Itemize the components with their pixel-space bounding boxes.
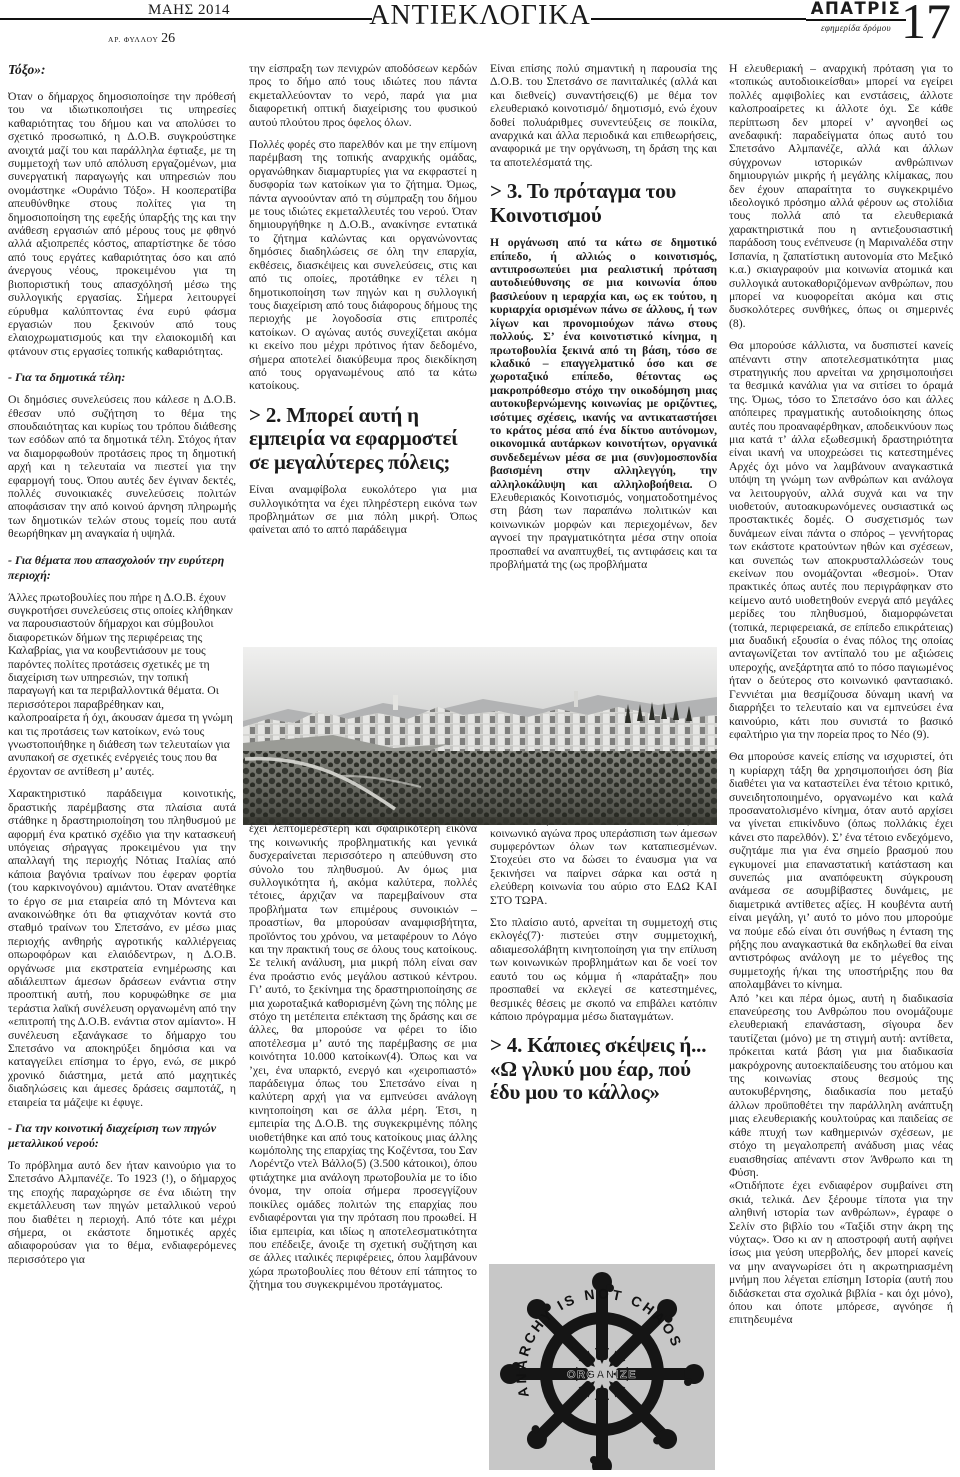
header-rule-right: [591, 18, 806, 20]
paragraph: Πολλές φορές στο παρελθόν και με την επί…: [249, 138, 477, 393]
paragraph: «Οτιδήποτε έχει ενδιαφέρον συμβαίνει στη…: [729, 1179, 953, 1326]
paper-name: ΑΠΑΤΡΙΣ: [806, 1, 906, 17]
paragraph: Όταν ο δήμαρχος δημοσιοποίησε την πρόθεσ…: [8, 90, 236, 358]
paragraph: Οι δημόσιες συνελεύσεις που κάλεσε η Δ.Ο…: [8, 393, 236, 540]
page-header: ΜΑΗΣ 2014 ΑΝΤΙΕΚΛΟΓΙΚΑ ΑΡ. ΦΥΛΛΟΥ 26 ΑΠΑ…: [0, 0, 960, 62]
paragraph: Θα μπορούσε κανείς επίσης να ισχυριστεί,…: [729, 750, 953, 991]
article-column-4: Η ελευθεριακή – αναρχική πρόταση για το …: [729, 62, 953, 1472]
paper-logo-underline: [806, 19, 906, 21]
leadin-heading: Τόξο»:: [8, 62, 236, 78]
section-title: ΑΝΤΙΕΚΛΟΓΙΚΑ: [362, 0, 598, 32]
issue-number-label: ΑΡ. ΦΥΛΛΟΥ: [108, 35, 158, 44]
newspaper-page: { "colors": {"ink": "#1b1b1b", "paper": …: [0, 0, 960, 1477]
section-heading-4: > 4. Κάποιες σκέψεις ή... «Ω γλυκύ μου έ…: [490, 1034, 717, 1105]
issue-date: ΜΑΗΣ 2014: [148, 2, 230, 19]
subheading-regional-issues: - Για θέματα που απασχολούν την ευρύτερη…: [8, 553, 236, 583]
village-panorama-photo: [243, 647, 717, 825]
paragraph: Στο πλαίσιο αυτό, αρνείται τη συμμετοχή …: [490, 916, 717, 1023]
section-heading-2: > 2. Μπορεί αυτή η εμπειρία να εφαρμοστε…: [249, 404, 477, 475]
anarchy-wheel-logo: ANARCHY IS NOT CHAOS ORGANIZE: [489, 1264, 715, 1470]
paper-tagline: εφημερίδα δρόμου: [806, 23, 906, 33]
paragraph: την είσπραξη των πενιχρών αποδόσεων κερδ…: [249, 62, 477, 129]
apatris-logo: ΑΠΑΤΡΙΣ εφημερίδα δρόμου: [806, 1, 906, 33]
paragraph-continuation: Ο Ελευθεριακός Κοινοτισμός, νοηματοδοτημ…: [490, 478, 717, 571]
subheading-mineral-water: - Για την κοινοτική διαχείριση των πηγών…: [8, 1121, 236, 1151]
paragraph: Το πρόβλημα αυτό δεν ήταν καινούριο για …: [8, 1159, 236, 1266]
paragraph: Η οργάνωση από τα κάτω σε δημοτικό επίπε…: [490, 236, 717, 571]
issue-number: ΑΡ. ΦΥΛΛΟΥ 26: [108, 31, 175, 47]
paragraph: Θα μπορούσε κάλλιστα, να δυσπιστεί κανεί…: [729, 339, 953, 741]
paragraph: Είναι αναμφίβολα ευκολότερο για μια συλλ…: [249, 483, 477, 537]
paragraph: Από ’κει και πέρα όμως, αυτή η διαδικασί…: [729, 992, 953, 1180]
paragraph: Είναι επίσης πολύ σημαντική η παρουσία τ…: [490, 62, 717, 169]
section-heading-3: > 3. Το πρόταγμα του Κοινοτισμού: [490, 180, 717, 227]
article-column-1: Τόξο»: Όταν ο δήμαρχος δημοσιοποίησε την…: [8, 62, 236, 1472]
bold-lead-text: Η οργάνωση από τα κάτω σε δημοτικό επίπε…: [490, 236, 717, 490]
paragraph: Άλλες πρωτοβουλίες που πήρε η Δ.Ο.Β. έχο…: [8, 591, 236, 779]
issue-number-value: 26: [161, 31, 175, 46]
header-rule-left: [0, 18, 372, 20]
paragraph: Η ελευθεριακή – αναρχική πρόταση για το …: [729, 62, 953, 330]
logo-center-text: ORGANIZE: [567, 1369, 637, 1381]
subheading-municipal-fees: - Για τα δημοτικά τέλη:: [8, 370, 236, 385]
page-number: 17: [901, 0, 951, 46]
paragraph: Χαρακτηριστικό παράδειγμα κοινοτικής, δρ…: [8, 787, 236, 1109]
